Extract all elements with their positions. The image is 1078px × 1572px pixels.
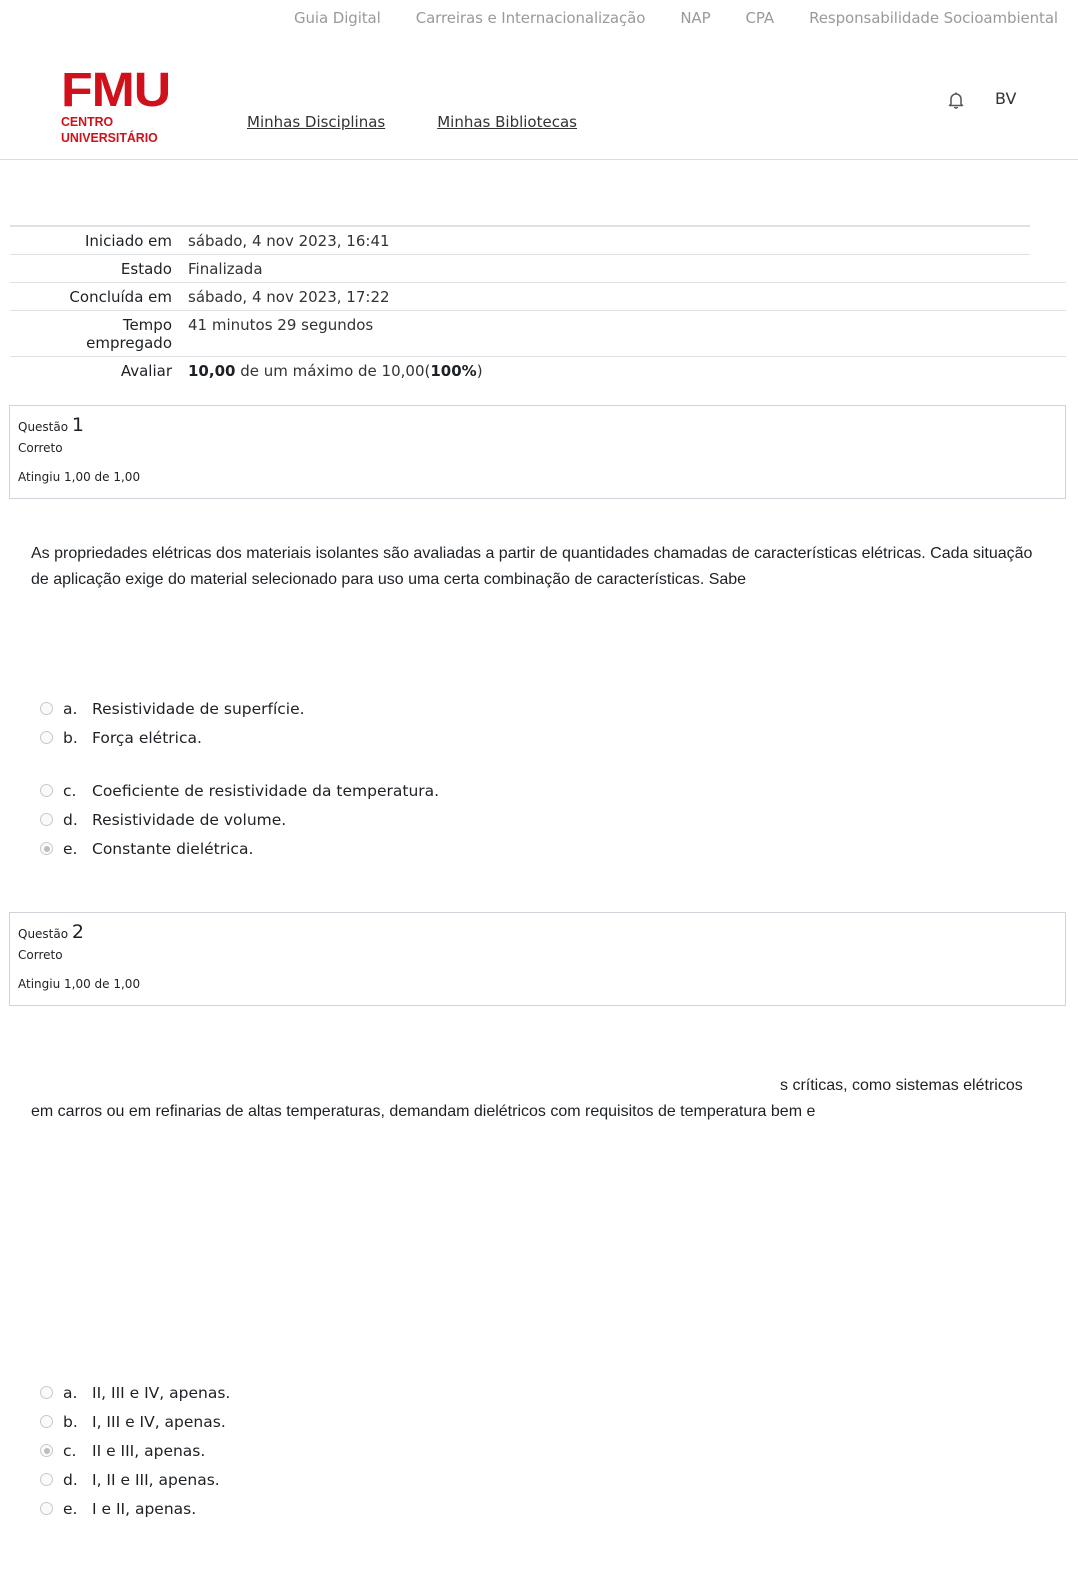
answer-text: I e II, apenas. (92, 1500, 196, 1518)
question-1-text: As propriedades elétricas dos materiais … (31, 541, 1051, 593)
answer-text: Constante dielétrica. (92, 840, 253, 858)
answer-letter: a. (63, 700, 92, 718)
grade-value: 10,00 de um máximo de 10,00(100%) (172, 357, 483, 384)
radio-button[interactable] (40, 1386, 53, 1399)
question-number: Questão 2 (18, 921, 1057, 945)
answer-letter: e. (63, 840, 92, 858)
radio-button-checked[interactable] (40, 1444, 53, 1457)
question-num: 2 (72, 921, 84, 943)
answer-text: I, II e III, apenas. (92, 1471, 220, 1489)
answer-text: Resistividade de volume. (92, 811, 286, 829)
answer-letter: a. (63, 1384, 92, 1402)
grade-label: Avaliar (10, 357, 172, 384)
answer-letter: b. (63, 1413, 92, 1431)
site-header: Guia Digital Carreiras e Internacionaliz… (0, 0, 1078, 160)
radio-button[interactable] (40, 702, 53, 715)
utility-nav: Guia Digital Carreiras e Internacionaliz… (259, 9, 1058, 27)
question-state: Correto (18, 441, 1057, 455)
answer-letter: d. (63, 811, 92, 829)
summary-row-started: Iniciado em sábado, 4 nov 2023, 16:41 (10, 225, 1030, 254)
question-2-text-line2: em carros ou em refinarias de altas temp… (31, 1099, 1051, 1125)
answer-option[interactable]: d.Resistividade de volume. (40, 805, 439, 834)
answer-text: Coeficiente de resistividade da temperat… (92, 782, 439, 800)
nav-link-responsabilidade[interactable]: Responsabilidade Socioambiental (809, 9, 1058, 27)
completed-value: sábado, 4 nov 2023, 17:22 (172, 283, 390, 310)
answer-option[interactable]: d.I, II e III, apenas. (40, 1465, 230, 1494)
radio-button[interactable] (40, 1473, 53, 1486)
answer-letter: b. (63, 729, 92, 747)
time-label: Tempo empregado (10, 311, 172, 356)
question-number: Questão 1 (18, 414, 1057, 438)
answer-option[interactable]: b.Força elétrica. (40, 723, 439, 752)
summary-row-time: Tempo empregado 41 minutos 29 segundos (10, 310, 1066, 356)
started-label: Iniciado em (10, 227, 172, 254)
time-value: 41 minutos 29 segundos (172, 311, 373, 356)
radio-button[interactable] (40, 784, 53, 797)
summary-row-completed: Concluída em sábado, 4 nov 2023, 17:22 (10, 282, 1066, 310)
answer-option[interactable]: c.Coeficiente de resistividade da temper… (40, 776, 439, 805)
answer-letter: e. (63, 1500, 92, 1518)
attempt-summary: Iniciado em sábado, 4 nov 2023, 16:41 Es… (10, 225, 1066, 384)
nav-link-carreiras[interactable]: Carreiras e Internacionalização (416, 9, 646, 27)
radio-button[interactable] (40, 1415, 53, 1428)
user-menu[interactable]: BV (995, 89, 1016, 108)
time-label-line2: empregado (86, 334, 172, 352)
answer-text: II, III e IV, apenas. (92, 1384, 230, 1402)
logo-subtitle: CENTRO UNIVERSITÁRIO (61, 114, 194, 146)
question-state: Correto (18, 948, 1057, 962)
question-grade: Atingiu 1,00 de 1,00 (18, 977, 1057, 991)
grade-percent: 100% (430, 362, 476, 380)
nav-minhas-disciplinas[interactable]: Minhas Disciplinas (247, 113, 385, 131)
answer-option-selected[interactable]: e.Constante dielétrica. (40, 834, 439, 863)
answer-letter: d. (63, 1471, 92, 1489)
radio-button[interactable] (40, 1502, 53, 1515)
radio-button[interactable] (40, 813, 53, 826)
answer-text: Força elétrica. (92, 729, 202, 747)
radio-button[interactable] (40, 731, 53, 744)
answer-option[interactable]: b.I, III e IV, apenas. (40, 1407, 230, 1436)
radio-button-checked[interactable] (40, 842, 53, 855)
grade-end: ) (477, 362, 483, 380)
answer-text: Resistividade de superfície. (92, 700, 305, 718)
nav-link-guia-digital[interactable]: Guia Digital (294, 9, 381, 27)
fmu-logo[interactable]: FMU CENTRO UNIVERSITÁRIO (61, 70, 201, 146)
answer-option-selected[interactable]: c.II e III, apenas. (40, 1436, 230, 1465)
question-grade: Atingiu 1,00 de 1,00 (18, 470, 1057, 484)
answer-letter: c. (63, 1442, 92, 1460)
state-label: Estado (10, 255, 172, 282)
summary-row-grade: Avaliar 10,00 de um máximo de 10,00(100%… (10, 356, 1066, 384)
answer-text: I, III e IV, apenas. (92, 1413, 226, 1431)
question-1-info: Questão 1 Correto Atingiu 1,00 de 1,00 (9, 405, 1066, 499)
state-value: Finalizada (172, 255, 263, 282)
grade-max-text: de um máximo de 10,00( (235, 362, 430, 380)
time-label-line1: Tempo (123, 316, 172, 334)
answer-option[interactable]: a.Resistividade de superfície. (40, 694, 439, 723)
question-label: Questão (18, 927, 68, 941)
answer-text: II e III, apenas. (92, 1442, 205, 1460)
started-value: sábado, 4 nov 2023, 16:41 (172, 227, 390, 254)
answer-option[interactable]: e.I e II, apenas. (40, 1494, 230, 1523)
question-1-answers: a.Resistividade de superfície. b.Força e… (40, 694, 439, 863)
question-2-text-line1: s críticas, como sistemas elétricos (780, 1073, 1070, 1099)
nav-minhas-bibliotecas[interactable]: Minhas Bibliotecas (437, 113, 577, 131)
logo-mark: FMU (61, 70, 212, 112)
answer-option[interactable]: a.II, III e IV, apenas. (40, 1378, 230, 1407)
grade-score: 10,00 (188, 362, 235, 380)
answer-letter: c. (63, 782, 92, 800)
nav-link-cpa[interactable]: CPA (746, 9, 775, 27)
question-num: 1 (72, 414, 84, 436)
question-2-info: Questão 2 Correto Atingiu 1,00 de 1,00 (9, 912, 1066, 1006)
bell-icon[interactable] (946, 90, 966, 110)
summary-row-state: Estado Finalizada (10, 254, 1030, 282)
question-label: Questão (18, 420, 68, 434)
main-nav: Minhas Disciplinas Minhas Bibliotecas (247, 113, 629, 131)
completed-label: Concluída em (10, 283, 172, 310)
question-2-answers: a.II, III e IV, apenas. b.I, III e IV, a… (40, 1378, 230, 1523)
nav-link-nap[interactable]: NAP (680, 9, 710, 27)
